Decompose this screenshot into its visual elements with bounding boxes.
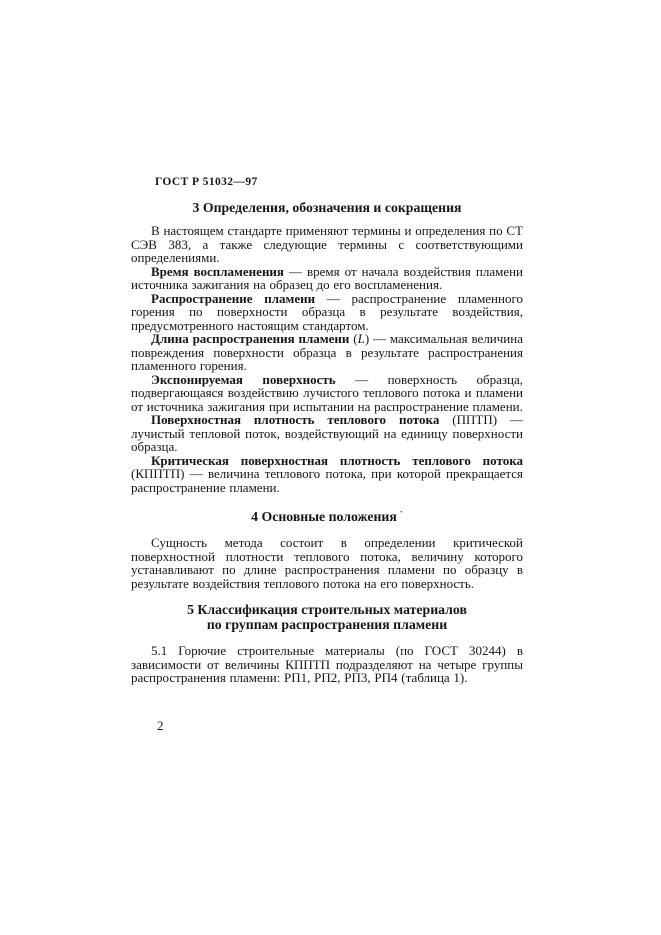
section-classification: 5 Классификация строительных материаловп… <box>131 602 523 685</box>
section-definitions: 3 Определения, обозначения и сокращения … <box>131 200 523 494</box>
paragraph: Распространение пламени — распространени… <box>131 292 523 333</box>
section-5-heading: 5 Классификация строительных материаловп… <box>131 602 523 632</box>
page-number: 2 <box>157 718 164 734</box>
paragraph: 5.1 Горючие строительные материалы (по Г… <box>131 644 523 685</box>
paragraph: В настоящем стандарте применяют термины … <box>131 224 523 265</box>
text-column: 3 Определения, обозначения и сокращения … <box>131 200 523 685</box>
section-5-body: 5.1 Горючие строительные материалы (по Г… <box>131 644 523 685</box>
section-4-heading: 4 Основные положения· <box>131 505 523 524</box>
section-3-heading: 3 Определения, обозначения и сокращения <box>131 200 523 215</box>
section-3-heading-text: 3 Определения, обозначения и сокращения <box>192 200 461 215</box>
paragraph: Критическая поверхностная плотность тепл… <box>131 454 523 495</box>
section-4-body: Сущность метода состоит в определении кр… <box>131 536 523 590</box>
text-run: В настоящем стандарте применяют термины … <box>131 223 523 265</box>
text-run: 5.1 Горючие строительные материалы (по Г… <box>131 643 523 685</box>
section-5-heading-text: 5 Классификация строительных материаловп… <box>187 602 467 632</box>
paragraph: Длина распространения пламени (L) — макс… <box>131 332 523 373</box>
paragraph: Сущность метода состоит в определении кр… <box>131 536 523 590</box>
document-page: ГОСТ Р 51032—97 3 Определения, обозначен… <box>0 0 661 935</box>
section-4-heading-text: 4 Основные положения <box>251 509 397 524</box>
section-general-provisions: 4 Основные положения· Сущность метода со… <box>131 505 523 590</box>
running-header: ГОСТ Р 51032—97 <box>155 176 258 188</box>
text-run: Сущность метода состоит в определении кр… <box>131 535 523 591</box>
paragraph: Экспонируемая поверхность — поверхность … <box>131 373 523 414</box>
scan-artifact-dot: · <box>400 507 403 517</box>
text-run: (КППТП) — величина теплового потока, при… <box>131 466 523 495</box>
paragraph: Поверхностная плотность теплового потока… <box>131 413 523 454</box>
paragraph: Время воспламенения — время от начала во… <box>131 265 523 292</box>
section-3-body: В настоящем стандарте применяют термины … <box>131 224 523 494</box>
